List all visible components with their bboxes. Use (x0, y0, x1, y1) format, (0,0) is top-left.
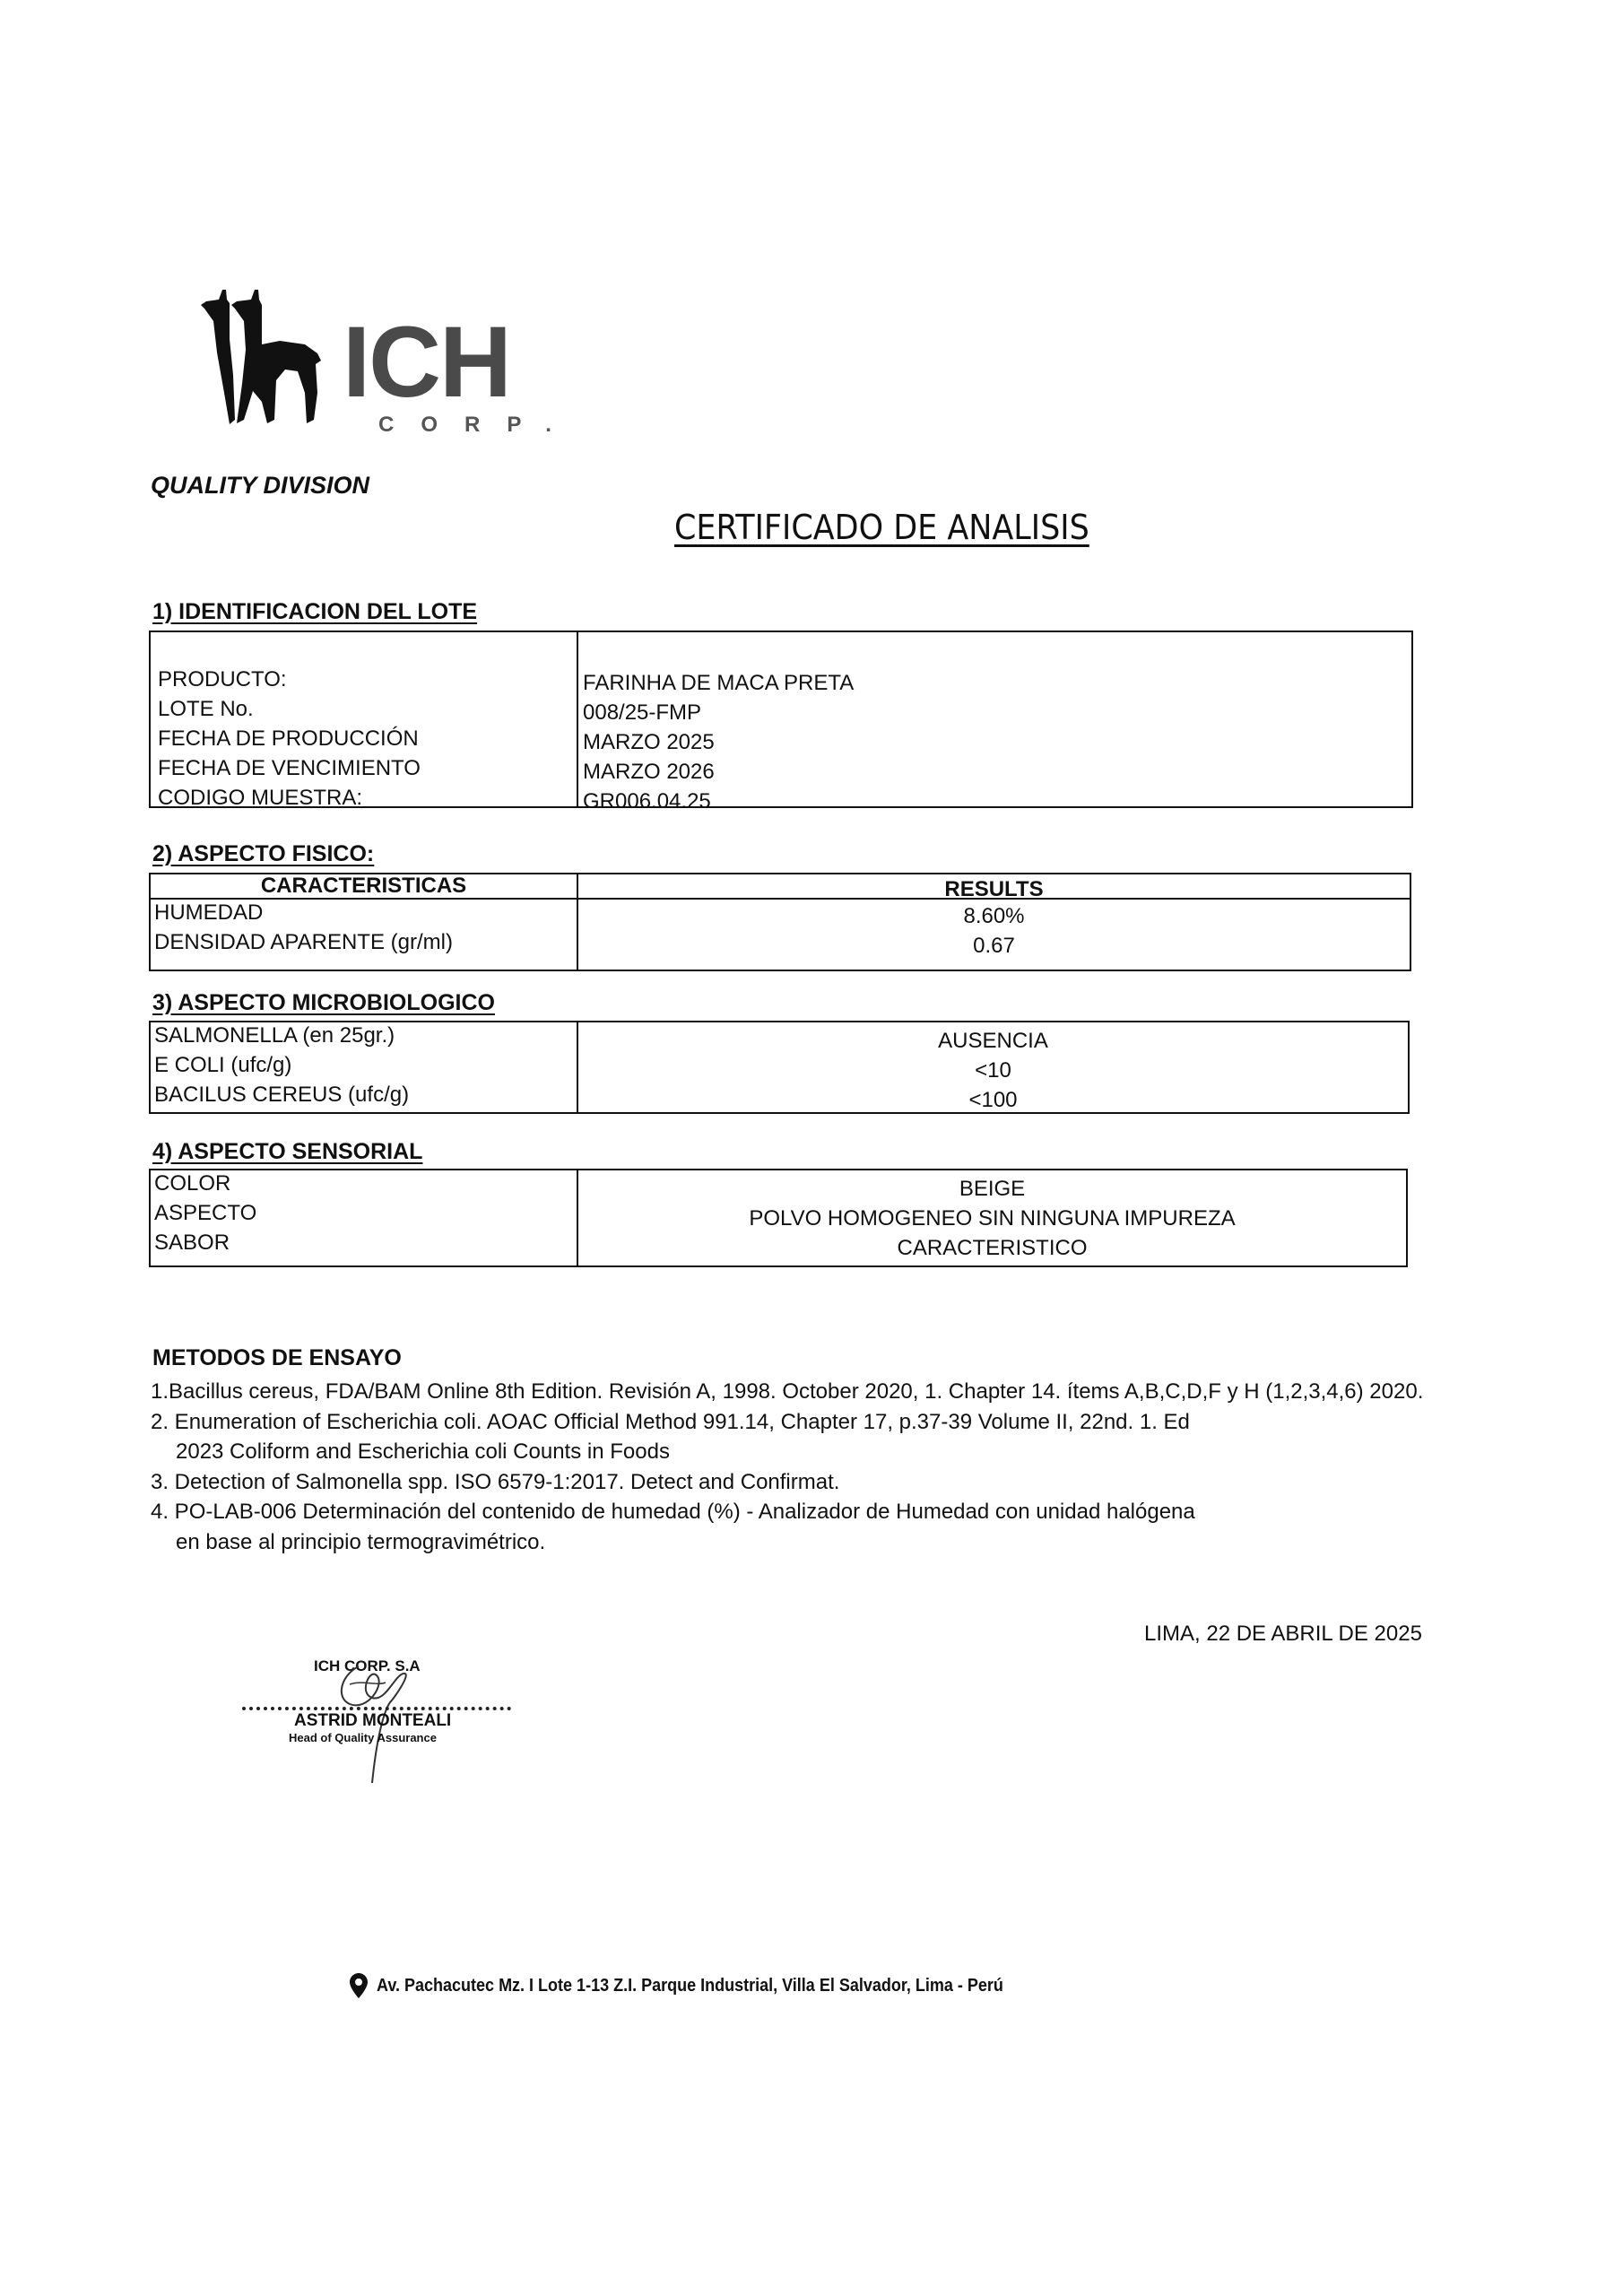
method-line-4: 4. PO-LAB-006 Determinación del contenid… (151, 1497, 1423, 1527)
methods-heading: METODOS DE ENSAYO (152, 1345, 402, 1371)
signatory-role: Head of Quality Assurance (289, 1731, 437, 1744)
value-fecha-vencimiento: MARZO 2026 (583, 757, 854, 787)
value-ecoli: <10 (578, 1056, 1408, 1085)
lot-identification-table: PRODUCTO: LOTE No. FECHA DE PRODUCCIÓN F… (149, 631, 1413, 808)
sensory-table: COLOR ASPECTO SABOR BEIGE POLVO HOMOGENE… (149, 1169, 1408, 1267)
value-humedad: 8.60% (578, 901, 1410, 931)
value-fecha-produccion: MARZO 2025 (583, 727, 854, 757)
lot-labels: PRODUCTO: LOTE No. FECHA DE PRODUCCIÓN F… (158, 665, 421, 813)
label-lote: LOTE No. (158, 694, 421, 724)
label-fecha-vencimiento: FECHA DE VENCIMIENTO (158, 753, 421, 783)
division-label: QUALITY DIVISION (151, 472, 369, 500)
signatory-name: ASTRID MONTEALI (294, 1711, 451, 1731)
method-line-2-cont: 2023 Coliform and Escherichia coli Count… (151, 1437, 1423, 1467)
company-logo: ICH CORP. (199, 285, 522, 438)
value-color: BEIGE (578, 1174, 1406, 1204)
address-text: Av. Pachacutec Mz. I Lote 1-13 Z.I. Parq… (377, 1976, 1003, 1996)
col-header-caracteristicas: CARACTERISTICAS (151, 871, 577, 900)
label-salmonella: SALMONELLA (en 25gr.) (154, 1021, 409, 1050)
column-divider (577, 632, 578, 806)
value-salmonella: AUSENCIA (578, 1026, 1408, 1056)
value-aspecto: POLVO HOMOGENEO SIN NINGUNA IMPUREZA (578, 1204, 1406, 1233)
sensory-labels: COLOR ASPECTO SABOR (154, 1169, 256, 1257)
physical-aspect-table: CARACTERISTICAS RESULTS HUMEDAD DENSIDAD… (149, 873, 1411, 971)
section-4-heading: 4) ASPECTO SENSORIAL (152, 1139, 422, 1165)
method-line-2: 2. Enumeration of Escherichia coli. AOAC… (151, 1407, 1423, 1438)
label-humedad: HUMEDAD (154, 898, 453, 927)
label-bacilus: BACILUS CEREUS (ufc/g) (154, 1080, 409, 1109)
value-bacilus: <100 (578, 1085, 1408, 1115)
label-sabor: SABOR (154, 1228, 256, 1257)
label-codigo-muestra: CODIGO MUESTRA: (158, 783, 421, 813)
label-densidad: DENSIDAD APARENTE (gr/ml) (154, 927, 453, 957)
value-sabor: CARACTERISTICO (578, 1233, 1406, 1263)
section-3-heading: 3) ASPECTO MICROBIOLOGICO (152, 990, 495, 1016)
sensory-values: BEIGE POLVO HOMOGENEO SIN NINGUNA IMPURE… (578, 1174, 1406, 1263)
label-fecha-produccion: FECHA DE PRODUCCIÓN (158, 724, 421, 753)
section-2-heading: 2) ASPECTO FISICO: (152, 841, 374, 867)
microbiological-table: SALMONELLA (en 25gr.) E COLI (ufc/g) BAC… (149, 1021, 1410, 1114)
physical-values: 8.60% 0.67 (578, 901, 1410, 961)
signature-block: ICH CORP. S.A ASTRID MONTEALI Head of Qu… (242, 1648, 547, 1801)
label-ecoli: E COLI (ufc/g) (154, 1050, 409, 1080)
location-pin-icon (350, 1973, 368, 1998)
lot-values: FARINHA DE MACA PRETA 008/25-FMP MARZO 2… (583, 668, 854, 816)
value-producto: FARINHA DE MACA PRETA (583, 668, 854, 698)
label-aspecto: ASPECTO (154, 1198, 256, 1228)
signature-line (242, 1707, 511, 1710)
label-producto: PRODUCTO: (158, 665, 421, 694)
value-codigo-muestra: GR006.04.25 (583, 787, 854, 816)
micro-labels: SALMONELLA (en 25gr.) E COLI (ufc/g) BAC… (154, 1021, 409, 1109)
place-date: LIMA, 22 DE ABRIL DE 2025 (1144, 1622, 1422, 1647)
section-1-heading: 1) IDENTIFICACION DEL LOTE (152, 599, 477, 625)
logo-wordmark: ICH (343, 312, 510, 413)
document-title: CERTIFICADO DE ANALISIS (674, 508, 1089, 547)
physical-labels: HUMEDAD DENSIDAD APARENTE (gr/ml) (154, 898, 453, 957)
method-line-1: 1.Bacillus cereus, FDA/BAM Online 8th Ed… (151, 1377, 1423, 1407)
col-header-results: RESULTS (578, 874, 1410, 904)
footer-address: Av. Pachacutec Mz. I Lote 1-13 Z.I. Parq… (350, 1973, 1073, 1998)
micro-values: AUSENCIA <10 <100 (578, 1026, 1408, 1115)
label-color: COLOR (154, 1169, 256, 1198)
method-line-4-cont: en base al principio termogravimétrico. (151, 1527, 1423, 1558)
methods-list: 1.Bacillus cereus, FDA/BAM Online 8th Ed… (151, 1377, 1423, 1557)
value-lote: 008/25-FMP (583, 698, 854, 727)
value-densidad: 0.67 (578, 931, 1410, 961)
llama-logo-icon (199, 285, 338, 429)
method-line-3: 3. Detection of Salmonella spp. ISO 6579… (151, 1467, 1423, 1498)
logo-subtext: CORP. (378, 413, 578, 438)
